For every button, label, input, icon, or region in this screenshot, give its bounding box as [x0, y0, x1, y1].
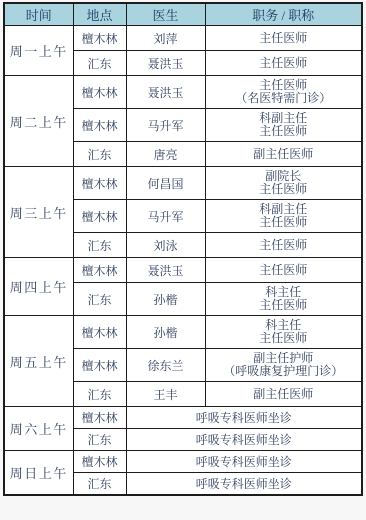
title-cell: 副院长主任医师: [205, 167, 362, 200]
doctor-cell: 何昌国: [126, 167, 205, 200]
header-location: 地点: [73, 3, 126, 26]
time-cell: 周五上午: [4, 316, 73, 407]
location-cell: 汇东: [73, 233, 126, 258]
time-cell: 周四上午: [4, 258, 73, 316]
header-title: 职务 / 职称: [205, 3, 362, 26]
time-cell: 周日上午: [4, 451, 73, 495]
title-line: 主任医师: [206, 264, 362, 277]
location-cell: 檀木林: [73, 76, 126, 109]
table-row: 周四上午檀木林聂洪玉主任医师: [4, 258, 362, 283]
doctor-cell: 徐东兰: [126, 349, 205, 382]
doctor-cell: 聂洪玉: [126, 76, 205, 109]
merged-note-cell: 呼吸专科医师坐诊: [126, 429, 362, 451]
header-row: 时间地点医生职务 / 职称: [4, 3, 362, 26]
location-cell: 檀木林: [73, 451, 126, 473]
doctor-cell: 刘萍: [126, 26, 205, 51]
location-cell: 汇东: [73, 382, 126, 407]
title-line: 主任医师: [206, 125, 362, 138]
title-line: （名医特需门诊）: [206, 92, 362, 105]
title-line: 主任医师: [206, 239, 362, 252]
header-doctor: 医生: [126, 3, 205, 26]
table-row: 周日上午檀木林呼吸专科医师坐诊: [4, 451, 362, 473]
table-row: 周五上午檀木林孙楷科主任主任医师: [4, 316, 362, 349]
title-cell: 科主任主任医师: [205, 316, 362, 349]
title-line: 主任医师: [206, 57, 362, 70]
title-cell: 科主任主任医师: [205, 283, 362, 316]
location-cell: 汇东: [73, 429, 126, 451]
schedule-table: 时间地点医生职务 / 职称 周一上午檀木林刘萍主任医师汇东聂洪玉主任医师周二上午…: [3, 2, 363, 496]
title-cell: 副主任护师（呼吸康复护理门诊）: [205, 349, 362, 382]
title-line: 主任医师: [206, 332, 362, 345]
title-line: 主任医师: [206, 299, 362, 312]
header-time: 时间: [4, 3, 73, 26]
merged-note-cell: 呼吸专科医师坐诊: [126, 407, 362, 429]
location-cell: 檀木林: [73, 258, 126, 283]
title-line: 主任医师: [206, 32, 362, 45]
merged-note-cell: 呼吸专科医师坐诊: [126, 473, 362, 495]
title-cell: 主任医师: [205, 233, 362, 258]
location-cell: 檀木林: [73, 109, 126, 142]
title-line: 副主任医师: [206, 148, 362, 161]
location-cell: 檀木林: [73, 167, 126, 200]
title-line: （呼吸康复护理门诊）: [206, 365, 362, 378]
table-row: 周二上午檀木林聂洪玉主任医师（名医特需门诊）: [4, 76, 362, 109]
title-cell: 副主任医师: [205, 142, 362, 167]
location-cell: 汇东: [73, 473, 126, 495]
table-head: 时间地点医生职务 / 职称: [4, 3, 362, 26]
title-cell: 主任医师（名医特需门诊）: [205, 76, 362, 109]
time-cell: 周一上午: [4, 26, 73, 76]
location-cell: 汇东: [73, 51, 126, 76]
title-line: 主任医师: [206, 183, 362, 196]
doctor-cell: 唐亮: [126, 142, 205, 167]
location-cell: 檀木林: [73, 200, 126, 233]
table-row: 周六上午檀木林呼吸专科医师坐诊: [4, 407, 362, 429]
title-line: 主任医师: [206, 216, 362, 229]
title-cell: 主任医师: [205, 258, 362, 283]
location-cell: 汇东: [73, 283, 126, 316]
title-cell: 副主任医师: [205, 382, 362, 407]
title-cell: 主任医师: [205, 26, 362, 51]
title-line: 副主任医师: [206, 388, 362, 401]
location-cell: 檀木林: [73, 26, 126, 51]
doctor-cell: 刘泳: [126, 233, 205, 258]
doctor-cell: 孙楷: [126, 316, 205, 349]
time-cell: 周三上午: [4, 167, 73, 258]
time-cell: 周二上午: [4, 76, 73, 167]
doctor-cell: 孙楷: [126, 283, 205, 316]
table-row: 周三上午檀木林何昌国副院长主任医师: [4, 167, 362, 200]
doctor-cell: 马升军: [126, 109, 205, 142]
location-cell: 檀木林: [73, 316, 126, 349]
page: 时间地点医生职务 / 职称 周一上午檀木林刘萍主任医师汇东聂洪玉主任医师周二上午…: [0, 0, 366, 496]
merged-note-cell: 呼吸专科医师坐诊: [126, 451, 362, 473]
location-cell: 汇东: [73, 142, 126, 167]
location-cell: 檀木林: [73, 349, 126, 382]
doctor-cell: 马升军: [126, 200, 205, 233]
table-row: 周一上午檀木林刘萍主任医师: [4, 26, 362, 51]
doctor-cell: 聂洪玉: [126, 51, 205, 76]
table-body: 周一上午檀木林刘萍主任医师汇东聂洪玉主任医师周二上午檀木林聂洪玉主任医师（名医特…: [4, 26, 362, 495]
time-cell: 周六上午: [4, 407, 73, 451]
title-cell: 主任医师: [205, 51, 362, 76]
location-cell: 檀木林: [73, 407, 126, 429]
title-cell: 科副主任主任医师: [205, 200, 362, 233]
doctor-cell: 王丰: [126, 382, 205, 407]
title-cell: 科副主任主任医师: [205, 109, 362, 142]
doctor-cell: 聂洪玉: [126, 258, 205, 283]
